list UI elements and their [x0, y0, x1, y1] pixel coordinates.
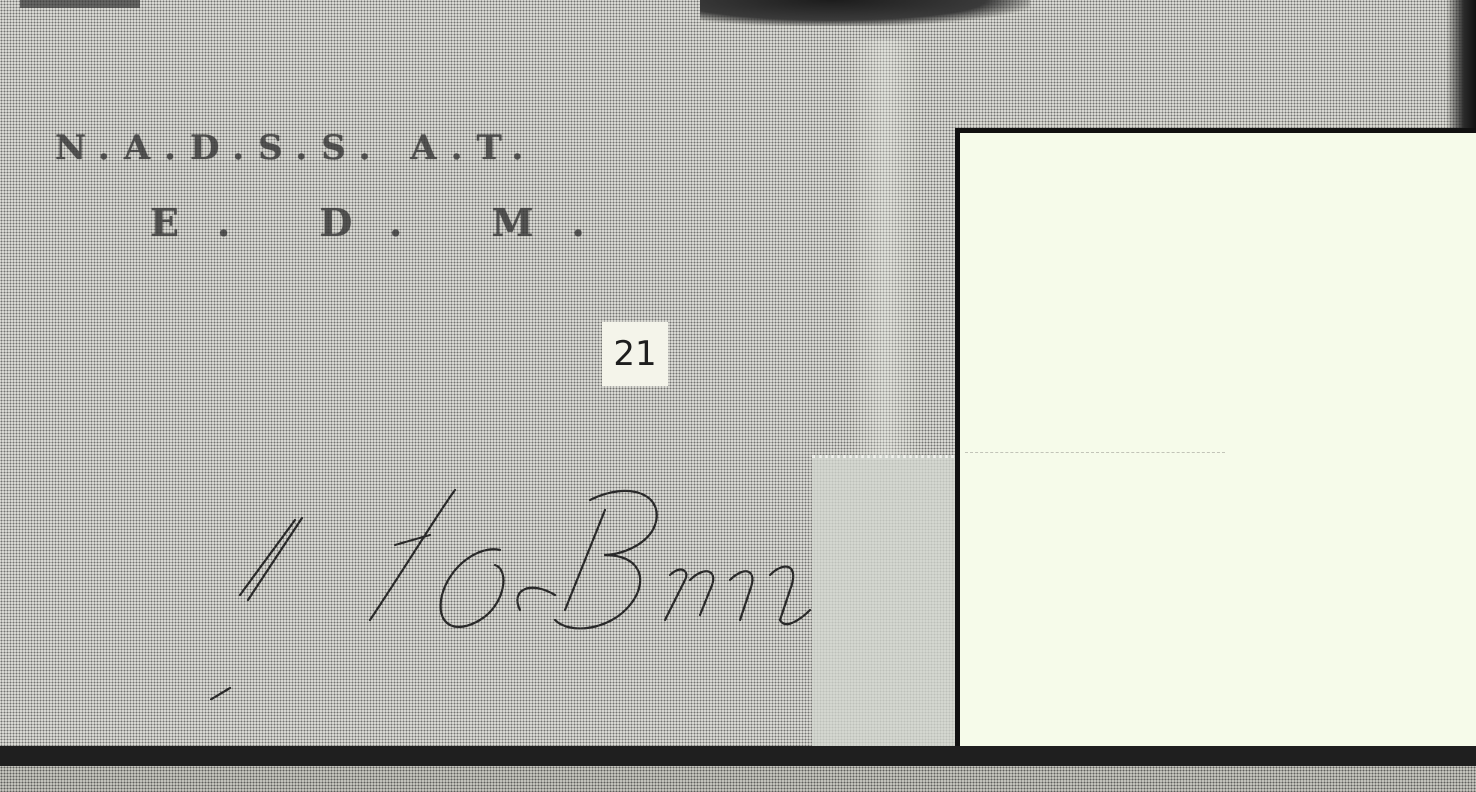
adhesive-tape-strip [812, 455, 960, 792]
printed-heading-line-2: E. D. M. [150, 200, 623, 245]
faint-tape-strip [850, 40, 920, 460]
page-number-label: 21 [602, 322, 668, 386]
printed-heading-line-1: N.A.D.S.S. A.T. [55, 128, 537, 168]
dark-edge-right [1446, 0, 1476, 135]
paper-fold-line [965, 452, 1225, 454]
dark-edge-top-left [20, 0, 140, 8]
dark-smudge-top [700, 0, 1030, 26]
dark-border-bar [0, 746, 1476, 766]
overlay-paper-sheet [955, 128, 1476, 792]
bottom-halftone-strip [0, 766, 1476, 792]
page-number-text: 21 [613, 334, 656, 374]
